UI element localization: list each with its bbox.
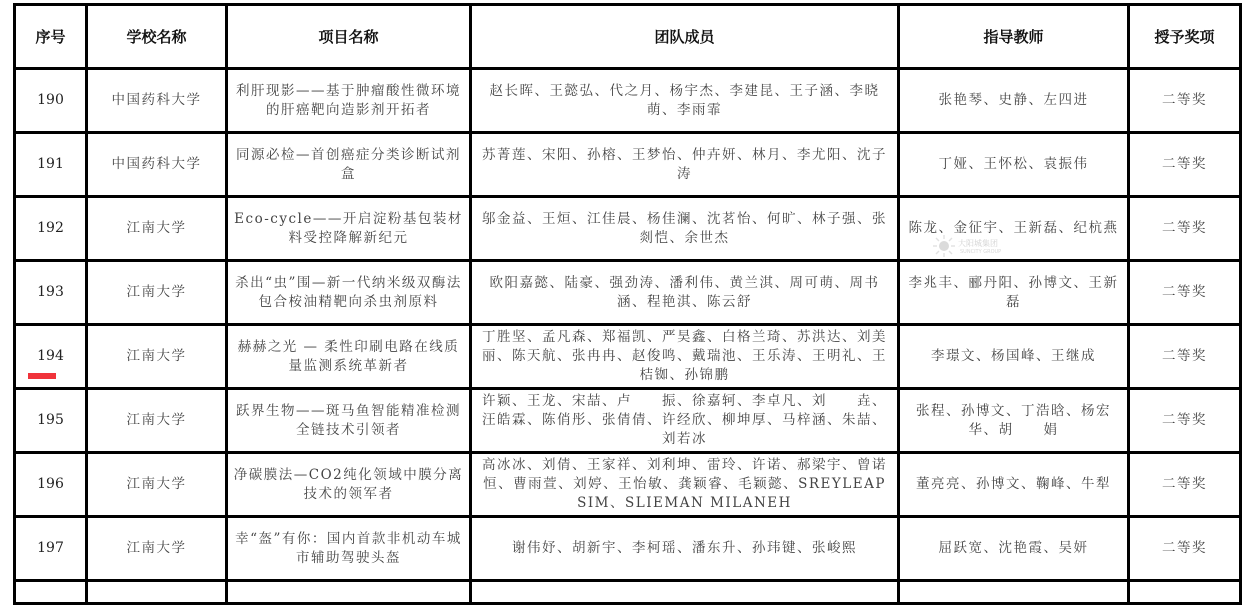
- cell-award: 二等奖: [1129, 325, 1241, 389]
- cell-advisors: 李璟文、杨国峰、王继成: [899, 325, 1129, 389]
- cell-empty: [227, 581, 471, 604]
- index-value: 194: [37, 348, 64, 364]
- cell-index: 191: [15, 133, 87, 197]
- cell-index: 196: [15, 453, 87, 517]
- cell-index: 192: [15, 197, 87, 261]
- cell-index: 195: [15, 389, 87, 453]
- cell-project: 利肝现影——基于肿瘤酸性微环境的肝癌靶向造影剂开拓者: [227, 69, 471, 133]
- table-row-partial: [15, 581, 1241, 604]
- header-index: 序号: [15, 5, 87, 69]
- cell-advisors: 张艳琴、史静、左四进: [899, 69, 1129, 133]
- header-advisors: 指导教师: [899, 5, 1129, 69]
- cell-advisors: 陈龙、金征宇、王新磊、纪杭燕: [899, 197, 1129, 261]
- cell-index: 197: [15, 517, 87, 581]
- table-row: 195 江南大学 跃界生物——斑马鱼智能精准检测全链技术引领者 许颖、王龙、宋喆…: [15, 389, 1241, 453]
- cell-award: 二等奖: [1129, 389, 1241, 453]
- cell-award: 二等奖: [1129, 133, 1241, 197]
- cell-school: 江南大学: [87, 261, 227, 325]
- cell-members: 许颖、王龙、宋喆、卢 振、徐嘉轲、李卓凡、刘 垚、汪皓霖、陈俏彤、张倩倩、许经欣…: [471, 389, 899, 453]
- cell-index: 194: [15, 325, 87, 389]
- cell-project: 同源必检—首创癌症分类诊断试剂盒: [227, 133, 471, 197]
- cell-empty: [87, 581, 227, 604]
- table-row: 197 江南大学 幸“盔”有你：国内首款非机动车城市辅助驾驶头盔 谢伟妤、胡新宇…: [15, 517, 1241, 581]
- cell-project: 跃界生物——斑马鱼智能精准检测全链技术引领者: [227, 389, 471, 453]
- cell-members: 高冰冰、刘倩、王家祥、刘利坤、雷玲、许诺、郝梁宇、曾诺恒、曹雨萱、刘婷、王怡敏、…: [471, 453, 899, 517]
- cell-project: 净碳膜法—CO2纯化领域中膜分离技术的领军者: [227, 453, 471, 517]
- cell-school: 中国药科大学: [87, 69, 227, 133]
- table-row: 196 江南大学 净碳膜法—CO2纯化领域中膜分离技术的领军者 高冰冰、刘倩、王…: [15, 453, 1241, 517]
- cell-members: 欧阳嘉懿、陆豪、强劲涛、潘利伟、黄兰淇、周可萌、周书涵、程艳淇、陈云舒: [471, 261, 899, 325]
- cell-school: 中国药科大学: [87, 133, 227, 197]
- header-row: 序号 学校名称 项目名称 团队成员 指导教师 授予奖项: [15, 5, 1241, 69]
- cell-project: 杀出“虫”围—新一代纳米级双酶法包合桉油精靶向杀虫剂原料: [227, 261, 471, 325]
- index-wrap: 194: [37, 347, 64, 366]
- cell-school: 江南大学: [87, 517, 227, 581]
- table-row: 193 江南大学 杀出“虫”围—新一代纳米级双酶法包合桉油精靶向杀虫剂原料 欧阳…: [15, 261, 1241, 325]
- cell-advisors: 屈跃宽、沈艳霞、吴妍: [899, 517, 1129, 581]
- header-award: 授予奖项: [1129, 5, 1241, 69]
- cell-advisors: 丁娅、王怀松、袁振伟: [899, 133, 1129, 197]
- cell-school: 江南大学: [87, 325, 227, 389]
- cell-members: 丁胜坚、孟凡森、郑福凯、严昊鑫、白格兰琦、苏洪达、刘美丽、陈天航、张冉冉、赵俊鸣…: [471, 325, 899, 389]
- awards-table: 序号 学校名称 项目名称 团队成员 指导教师 授予奖项 190 中国药科大学 利…: [13, 3, 1242, 605]
- cell-award: 二等奖: [1129, 453, 1241, 517]
- cell-award: 二等奖: [1129, 261, 1241, 325]
- cell-advisors: 李兆丰、郦丹阳、孙博文、王新磊: [899, 261, 1129, 325]
- cell-project: Eco-cycle——开启淀粉基包装材料受控降解新纪元: [227, 197, 471, 261]
- red-highlight-marker: [28, 373, 56, 379]
- table-row: 190 中国药科大学 利肝现影——基于肿瘤酸性微环境的肝癌靶向造影剂开拓者 赵长…: [15, 69, 1241, 133]
- cell-empty: [899, 581, 1129, 604]
- cell-advisors: 张程、孙博文、丁浩晗、杨宏华、胡 娟: [899, 389, 1129, 453]
- cell-project: 幸“盔”有你：国内首款非机动车城市辅助驾驶头盔: [227, 517, 471, 581]
- cell-award: 二等奖: [1129, 197, 1241, 261]
- cell-school: 江南大学: [87, 197, 227, 261]
- cell-project: 赫赫之光 — 柔性印刷电路在线质量监测系统革新者: [227, 325, 471, 389]
- cell-members: 赵长晖、王懿弘、代之月、杨宇杰、李建昆、王子涵、李晓萌、李雨霏: [471, 69, 899, 133]
- cell-award: 二等奖: [1129, 69, 1241, 133]
- cell-school: 江南大学: [87, 389, 227, 453]
- cell-school: 江南大学: [87, 453, 227, 517]
- cell-advisors: 董亮亮、孙博文、鞠峰、牛犁: [899, 453, 1129, 517]
- table-row: 191 中国药科大学 同源必检—首创癌症分类诊断试剂盒 苏菁莲、宋阳、孙榕、王梦…: [15, 133, 1241, 197]
- cell-index: 190: [15, 69, 87, 133]
- header-project: 项目名称: [227, 5, 471, 69]
- cell-members: 谢伟妤、胡新宇、李柯瑶、潘东升、孙玮键、张峻熙: [471, 517, 899, 581]
- cell-empty: [471, 581, 899, 604]
- cell-empty: [15, 581, 87, 604]
- cell-members: 邬金益、王烜、江佳晨、杨佳澜、沈茗怡、何旷、林子强、张剡恺、余世杰: [471, 197, 899, 261]
- table-row: 192 江南大学 Eco-cycle——开启淀粉基包装材料受控降解新纪元 邬金益…: [15, 197, 1241, 261]
- cell-index: 193: [15, 261, 87, 325]
- header-members: 团队成员: [471, 5, 899, 69]
- cell-empty: [1129, 581, 1241, 604]
- table-row: 194 江南大学 赫赫之光 — 柔性印刷电路在线质量监测系统革新者 丁胜坚、孟凡…: [15, 325, 1241, 389]
- cell-members: 苏菁莲、宋阳、孙榕、王梦怡、仲卉妍、林月、李尤阳、沈子涛: [471, 133, 899, 197]
- cell-award: 二等奖: [1129, 517, 1241, 581]
- header-school: 学校名称: [87, 5, 227, 69]
